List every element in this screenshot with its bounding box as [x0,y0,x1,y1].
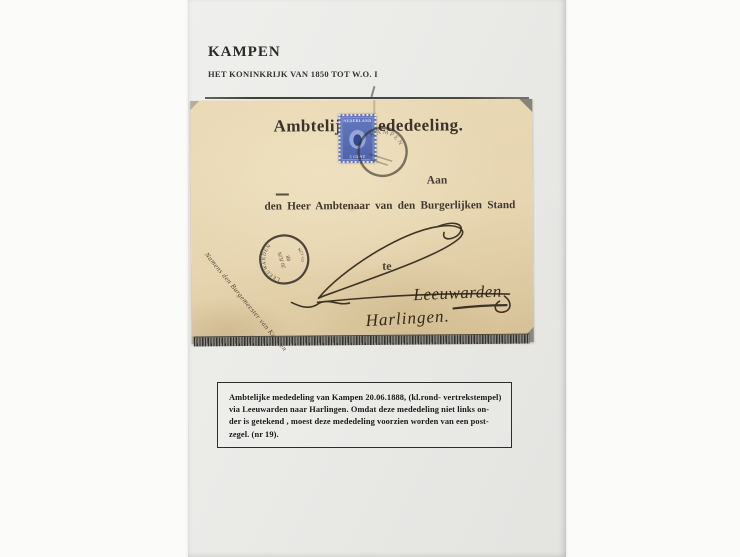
document-bottom-edge-bar [194,334,530,347]
underline-stroke [454,305,507,308]
caption-line: der is getekend , moest deze mededeling … [229,416,500,428]
page-title: KAMPEN [208,44,281,61]
album-page: KAMPEN HET KONINKRIJK VAN 1850 TOT W.O. … [188,0,566,557]
paper-crease-mark [371,86,375,97]
corner-notch-top-left [190,101,199,110]
caption-box: Ambtelijke mededeling van Kampen 20.06.1… [217,382,512,448]
stamp-country-label: NEDERLAND [340,118,374,123]
caption-line: Ambtelijke mededeling van Kampen 20.06.1… [229,392,500,404]
addressee-line: den Heer Ambtenaar van den Burgerlijken … [191,199,533,213]
place-prefix-te: te [382,259,391,274]
corner-notch-top-right [519,99,532,112]
leeuwarden-postmark-year: 88 [285,254,292,261]
caption-line: via Leeuwarden naar Harlingen. Omdat dez… [229,404,500,416]
kampen-departure-postmark: KAMPEN [355,125,409,179]
flourish-lead-in [291,301,349,307]
leeuwarden-arrival-postmark: LEEUWARDEN 10-12N 20 JUN 88 [257,232,311,286]
addressee-label: Aan [427,174,448,186]
handwritten-destination-final: Harlingen. [365,306,450,331]
caption-line: zegel. (nr 19). [229,429,500,441]
handwritten-destination-crossed-out: Leeuwarden [413,282,502,306]
form-dash [276,193,289,195]
postal-document: Ambtelijke mededeeling. NEDERLAND 5 CENT… [190,99,533,344]
loop-tip-flourish [438,223,461,239]
page-subtitle: HET KONINKRIJK VAN 1850 TOT W.O. I [208,69,378,79]
